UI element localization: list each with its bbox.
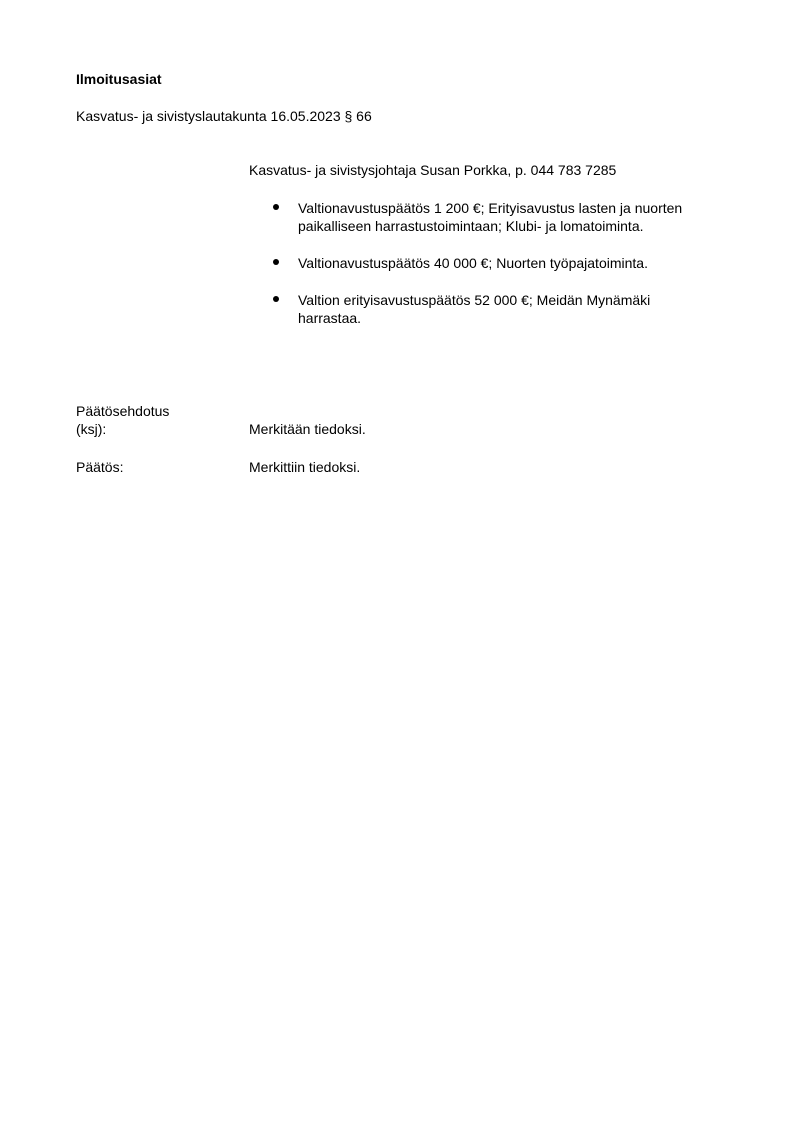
proposal-value: Merkitään tiedoksi. [249,420,366,438]
contact-person: Kasvatus- ja sivistysjohtaja Susan Porkk… [249,161,616,179]
document-title: Ilmoitusasiat [76,70,162,88]
proposal-label-suffix: (ksj): [76,420,106,438]
decision-value: Merkittiin tiedoksi. [249,458,360,476]
list-item-text: Valtion erityisavustuspäätös 52 000 €; M… [298,291,698,327]
bullet-icon [273,204,279,210]
list-item: Valtionavustuspäätös 40 000 €; Nuorten t… [249,254,719,272]
decision-label: Päätös: [76,458,123,476]
bullet-icon [273,259,279,265]
meeting-reference: Kasvatus- ja sivistyslautakunta 16.05.20… [76,107,372,125]
list-item: Valtionavustuspäätös 1 200 €; Erityisavu… [249,199,719,235]
notice-list: Valtionavustuspäätös 1 200 €; Erityisavu… [249,199,719,346]
proposal-label: Päätösehdotus [76,402,169,420]
list-item-text: Valtionavustuspäätös 40 000 €; Nuorten t… [298,254,698,272]
list-item-text: Valtionavustuspäätös 1 200 €; Erityisavu… [298,199,698,235]
bullet-icon [273,296,279,302]
list-item: Valtion erityisavustuspäätös 52 000 €; M… [249,291,719,327]
